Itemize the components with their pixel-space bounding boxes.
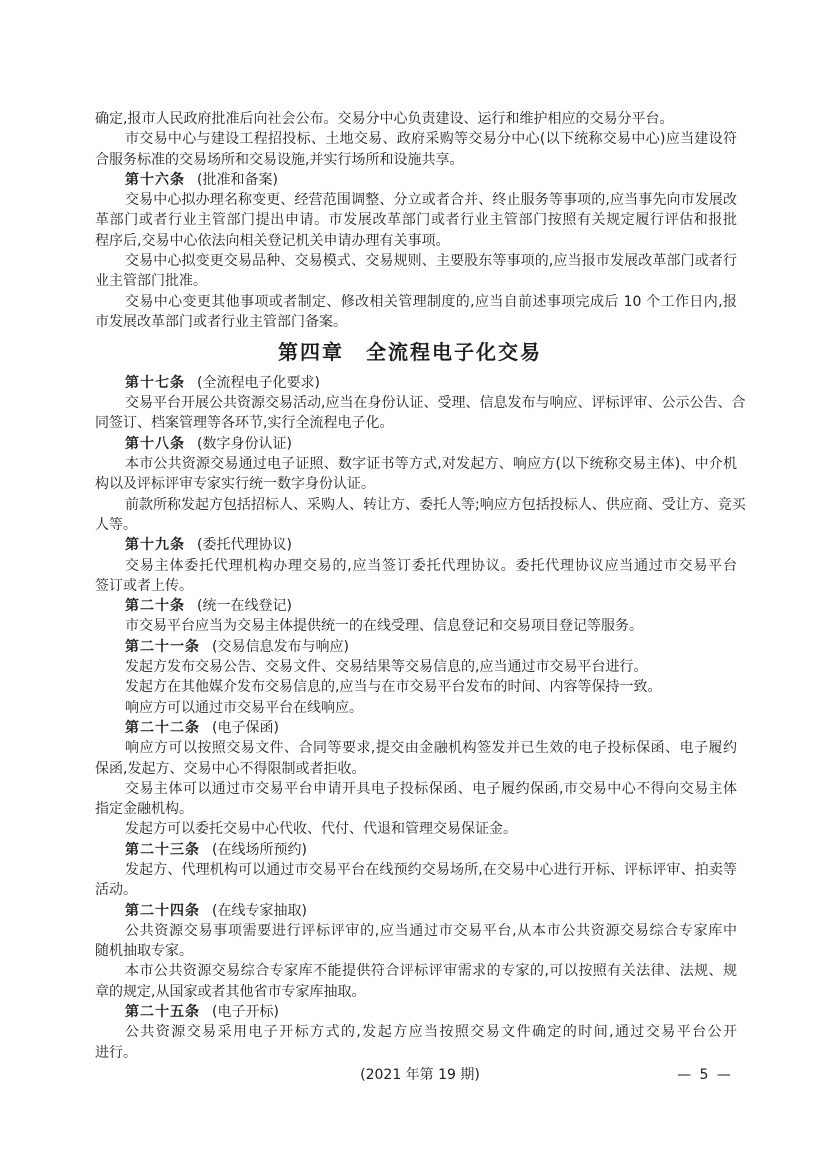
article-number: 第十六条 xyxy=(125,172,185,188)
body-line: 交易中心变更其他事项或者制定、修改相关管理制度的,应当自前述事项完成后 10 个… xyxy=(95,292,737,312)
body-line: 本市公共资源交易综合专家库不能提供符合评标评审需求的专家的,可以按照有关法律、法… xyxy=(95,961,737,981)
body-line: 指定金融机构。 xyxy=(95,799,737,819)
article-number: 第二十二条 xyxy=(125,720,200,736)
chapter-title: 第四章全流程电子化交易 xyxy=(83,332,737,373)
body-line: 业主管部门批准。 xyxy=(95,271,737,291)
body-line: 随机抽取专家。 xyxy=(95,941,737,961)
body-line: 前款所称发起方包括招标人、采购人、转让方、委托人等;响应方包括投标人、供应商、受… xyxy=(95,495,737,515)
body-line: 公共资源交易事项需要进行评标评审的,应当通过市交易平台,从本市公共资源交易综合专… xyxy=(95,921,737,941)
body-line: 确定,报市人民政府批准后向社会公布。交易分中心负责建设、运行和维护相应的交易分平… xyxy=(95,109,737,129)
body-line: 发起方在其他媒介发布交易信息的,应当与在市交易平台发布的时间、内容等保持一致。 xyxy=(95,677,737,697)
body-line: 本市公共资源交易通过电子证照、数字证书等方式,对发起方、响应方(以下统称交易主体… xyxy=(95,454,737,474)
body-line: 活动。 xyxy=(95,880,737,900)
article-number: 第二十四条 xyxy=(125,903,200,919)
article-heading: 第二十二条(电子保函) xyxy=(95,718,737,738)
body-line: 章的规定,从国家或者其他省市专家库抽取。 xyxy=(95,982,737,1002)
body-line: 合服务标准的交易场所和交易设施,并实行场所和设施共享。 xyxy=(95,150,737,170)
body-line: 人等。 xyxy=(95,515,737,535)
article-title: (电子开标) xyxy=(212,1004,279,1020)
body-line: 发起方发布交易公告、交易文件、交易结果等交易信息的,应当通过市交易平台进行。 xyxy=(95,657,737,677)
body-line: 程序后,交易中心依法向相关登记机关申请办理有关事项。 xyxy=(95,231,737,251)
body-line: 签订或者上传。 xyxy=(95,576,737,596)
body-line: 公共资源交易采用电子开标方式的,发起方应当按照交易文件确定的时间,通过交易平台公… xyxy=(95,1022,737,1042)
body-line: 构以及评标评审专家实行统一数字身份认证。 xyxy=(95,474,737,494)
chapter-name: 全流程电子化交易 xyxy=(366,340,542,364)
body-line: 市发展改革部门或者行业主管部门备案。 xyxy=(95,312,737,332)
article-title: (全流程电子化要求) xyxy=(197,375,320,391)
article-title: (在线场所预约) xyxy=(212,842,307,858)
article-number: 第二十一条 xyxy=(125,639,200,655)
article-number: 第二十五条 xyxy=(125,1004,200,1020)
article-number: 第二十三条 xyxy=(125,842,200,858)
article-number: 第十七条 xyxy=(125,375,185,391)
body-line: 进行。 xyxy=(95,1043,737,1063)
body-line: 交易中心拟办理名称变更、经营范围调整、分立或者合并、终止服务等事项的,应当事先向… xyxy=(95,190,737,210)
body-line: 响应方可以通过市交易平台在线响应。 xyxy=(95,698,737,718)
body-line: 保函,发起方、交易中心不得限制或者拒收。 xyxy=(95,759,737,779)
article-title: (交易信息发布与响应) xyxy=(212,639,349,655)
body-line: 交易中心拟变更交易品种、交易模式、交易规则、主要股东等事项的,应当报市发展改革部… xyxy=(95,251,737,271)
article-number: 第十九条 xyxy=(125,537,185,553)
body-line: 响应方可以按照交易文件、合同等要求,提交由金融机构签发并已生效的电子投标保函、电… xyxy=(95,738,737,758)
article-title: (统一在线登记) xyxy=(197,598,292,614)
body-line: 同签订、档案管理等各环节,实行全流程电子化。 xyxy=(95,413,737,433)
article-number: 第十八条 xyxy=(125,436,185,452)
issue-label: (2021 年第 19 期) xyxy=(360,1065,480,1085)
article-title: (批准和备案) xyxy=(197,172,278,188)
article-heading: 第二十三条(在线场所预约) xyxy=(95,840,737,860)
body-line: 市交易平台应当为交易主体提供统一的在线受理、信息登记和交易项目登记等服务。 xyxy=(95,616,737,636)
body-line: 交易平台开展公共资源交易活动,应当在身份认证、受理、信息发布与响应、评标评审、公… xyxy=(95,393,737,413)
body-line: 发起方、代理机构可以通过市交易平台在线预约交易场所,在交易中心进行开标、评标评审… xyxy=(95,860,737,880)
article-title: (委托代理协议) xyxy=(197,537,292,553)
body-line: 发起方可以委托交易中心代收、代付、代退和管理交易保证金。 xyxy=(95,819,737,839)
body-line: 革部门或者行业主管部门提出申请。市发展改革部门或者行业主管部门按照有关规定履行评… xyxy=(95,210,737,230)
article-number: 第二十条 xyxy=(125,598,185,614)
article-heading: 第十六条(批准和备案) xyxy=(95,170,737,190)
article-heading: 第二十五条(电子开标) xyxy=(95,1002,737,1022)
page-body: 确定,报市人民政府批准后向社会公布。交易分中心负责建设、运行和维护相应的交易分平… xyxy=(95,109,737,1063)
page-footer: (2021 年第 19 期) — 5 — xyxy=(0,1065,827,1085)
body-line: 交易主体委托代理机构办理交易的,应当签订委托代理协议。委托代理协议应当通过市交易… xyxy=(95,556,737,576)
article-heading: 第十九条(委托代理协议) xyxy=(95,535,737,555)
article-heading: 第二十四条(在线专家抽取) xyxy=(95,901,737,921)
article-title: (在线专家抽取) xyxy=(212,903,307,919)
article-heading: 第十七条(全流程电子化要求) xyxy=(95,373,737,393)
article-heading: 第二十条(统一在线登记) xyxy=(95,596,737,616)
article-heading: 第十八条(数字身份认证) xyxy=(95,434,737,454)
body-line: 市交易中心与建设工程招投标、土地交易、政府采购等交易分中心(以下统称交易中心)应… xyxy=(95,129,737,149)
chapter-number: 第四章 xyxy=(278,340,344,364)
article-title: (数字身份认证) xyxy=(197,436,292,452)
article-title: (电子保函) xyxy=(212,720,279,736)
page-number: — 5 — xyxy=(672,1065,738,1085)
article-heading: 第二十一条(交易信息发布与响应) xyxy=(95,637,737,657)
body-line: 交易主体可以通过市交易平台申请开具电子投标保函、电子履约保函,市交易中心不得向交… xyxy=(95,779,737,799)
